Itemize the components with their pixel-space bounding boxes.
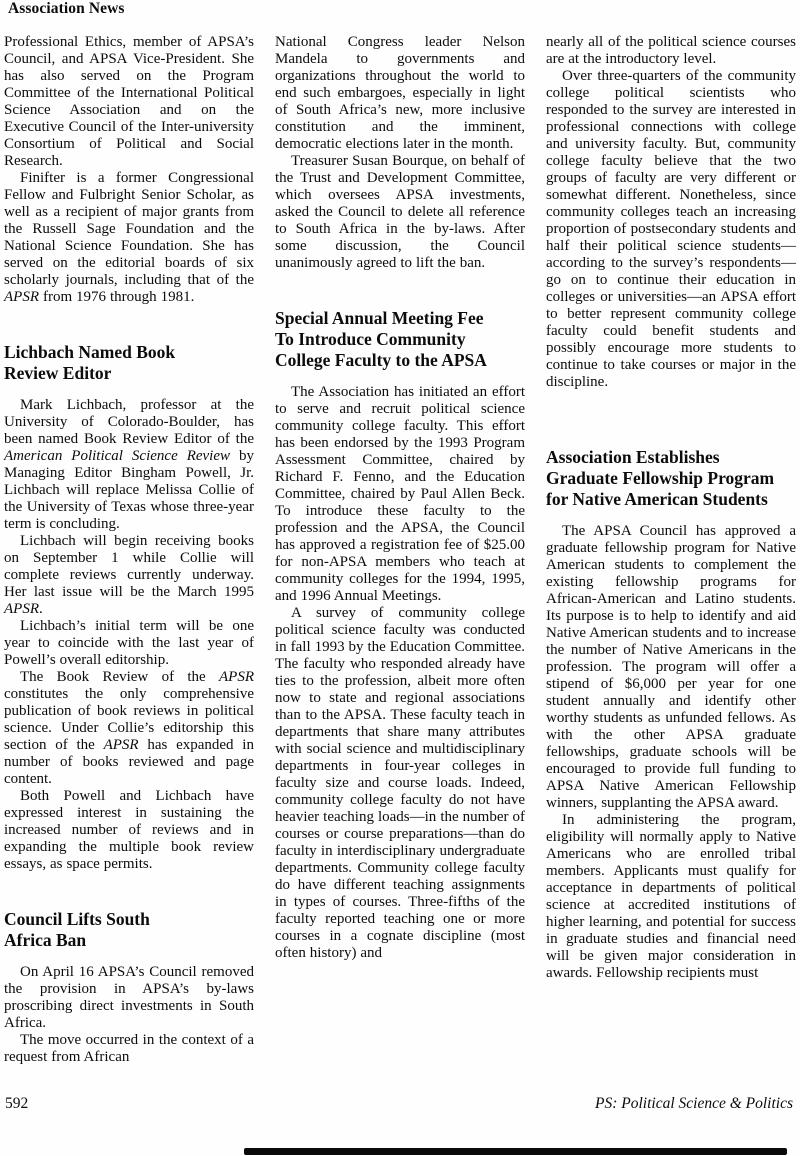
paragraph: nearly all of the political science cour… <box>546 34 796 68</box>
paragraph: National Congress leader Nelson Mandela … <box>275 34 525 153</box>
text-column: National Congress leader Nelson Mandela … <box>275 34 525 962</box>
paragraph: Professional Ethics, member of APSA’s Co… <box>4 34 254 170</box>
journal-page: Association News Professional Ethics, me… <box>0 0 800 1156</box>
paragraph: The move occurred in the context of a re… <box>4 1032 254 1066</box>
page-bottom-rule <box>244 1148 787 1155</box>
section-heading: Special Annual Meeting Fee To Introduce … <box>275 308 525 371</box>
paragraph: Lichbach will begin receiving books on S… <box>4 533 254 618</box>
section-heading: Association Establishes Graduate Fellows… <box>546 447 796 510</box>
paragraph: Lichbach’s initial term will be one year… <box>4 618 254 669</box>
paragraph: The Association has initiated an effort … <box>275 384 525 605</box>
paragraph: Finifter is a former Congressional Fello… <box>4 170 254 306</box>
paragraph: A survey of community college political … <box>275 605 525 962</box>
paragraph: Over three-quarters of the community col… <box>546 68 796 391</box>
paragraph: The Book Review of the APSR constitutes … <box>4 669 254 788</box>
column-container: Professional Ethics, member of APSA’s Co… <box>4 34 796 1066</box>
paragraph: Mark Lichbach, professor at the Universi… <box>4 397 254 533</box>
text-column: Professional Ethics, member of APSA’s Co… <box>4 34 254 1066</box>
paragraph: In administering the program, eligibilit… <box>546 812 796 982</box>
page-number: 592 <box>5 1095 28 1113</box>
text-column: nearly all of the political science cour… <box>546 34 796 982</box>
page-footer: 592 PS: Political Science & Politics <box>5 1095 793 1113</box>
paragraph: On April 16 APSA’s Council removed the p… <box>4 964 254 1032</box>
paragraph: Both Powell and Lichbach have expressed … <box>4 788 254 873</box>
paragraph: Treasurer Susan Bourque, on behalf of th… <box>275 153 525 272</box>
paragraph: The APSA Council has approved a graduate… <box>546 523 796 812</box>
section-heading: Council Lifts South Africa Ban <box>4 909 254 951</box>
journal-title: PS: Political Science & Politics <box>595 1095 793 1113</box>
section-heading: Lichbach Named Book Review Editor <box>4 342 254 384</box>
running-head: Association News <box>8 0 125 18</box>
